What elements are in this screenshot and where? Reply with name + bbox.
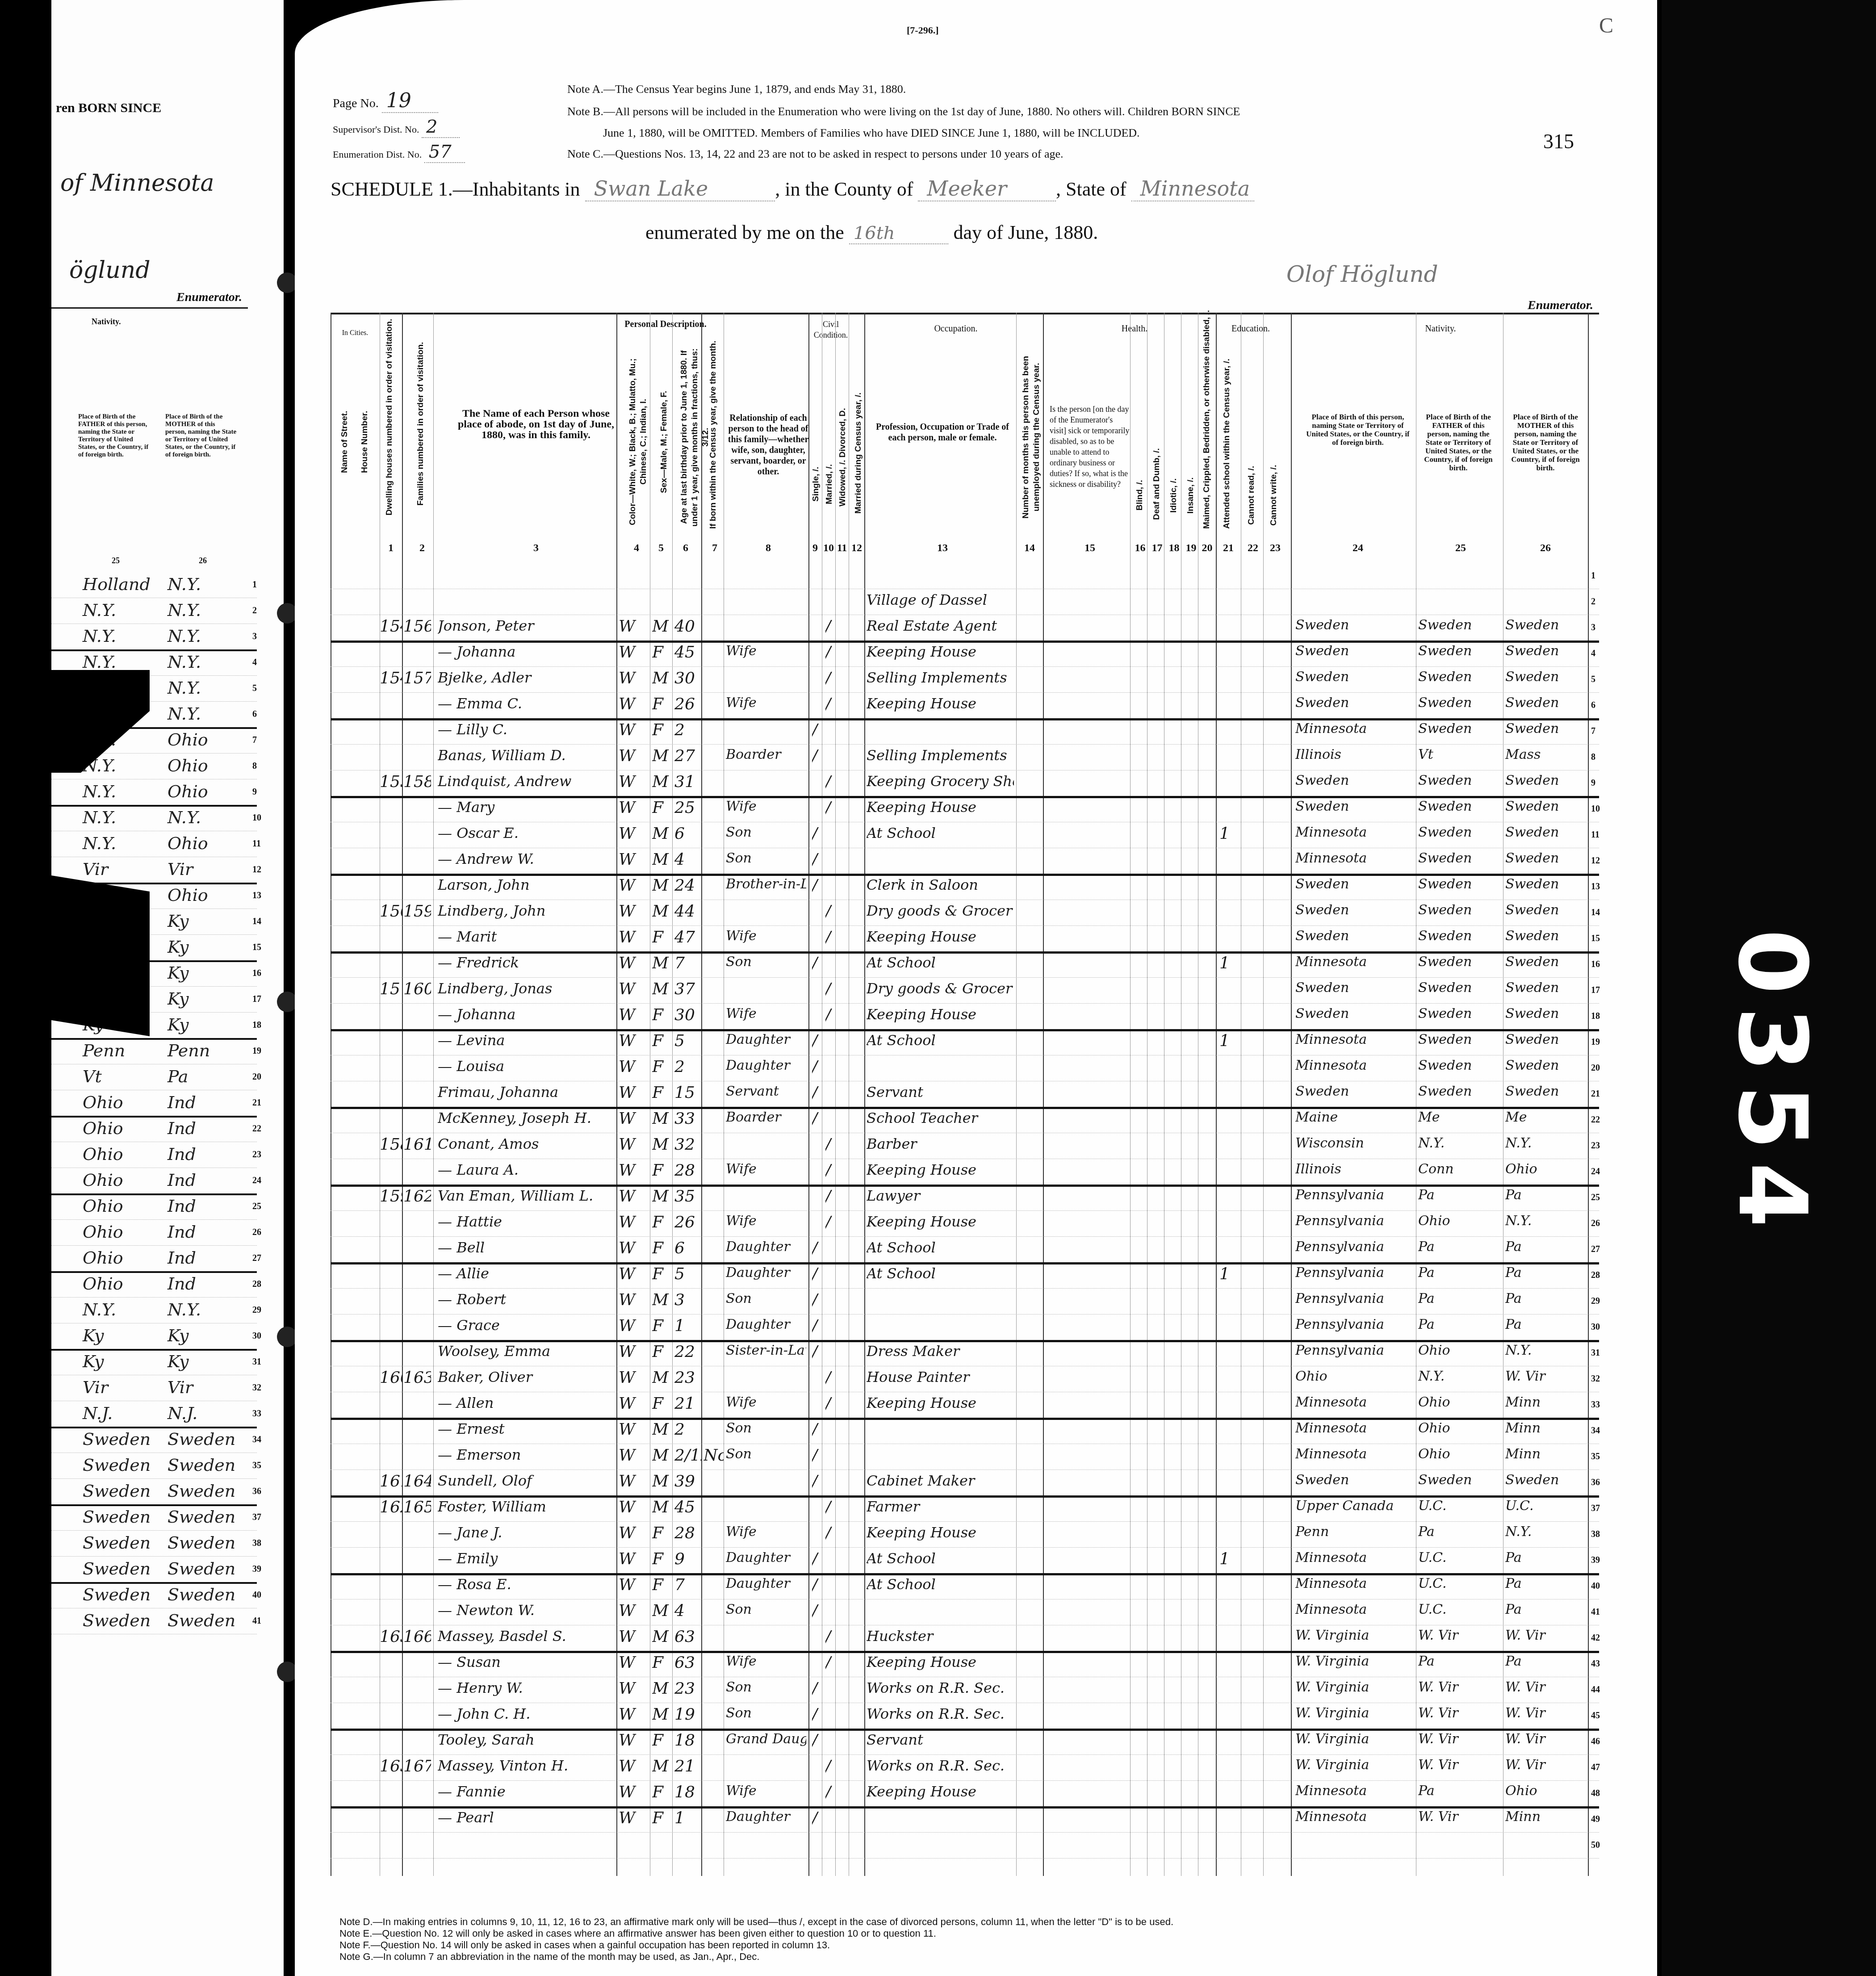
- birthplace: Sweden: [1295, 773, 1414, 795]
- father-birthplace: Pa: [1418, 1524, 1501, 1546]
- birth-month: [703, 1213, 724, 1235]
- mother-birthplace: N.Y.: [1505, 1135, 1588, 1158]
- color: W: [619, 954, 648, 976]
- header-personal: Personal Description.: [616, 319, 715, 330]
- occupation: Servant: [867, 1731, 1014, 1754]
- birthplace: Ohio: [1295, 1369, 1414, 1391]
- age: 39: [674, 1472, 701, 1495]
- mother-birthplace: Sweden: [1505, 643, 1588, 666]
- row-number: 6: [1591, 700, 1595, 711]
- single-mark: /: [812, 1731, 822, 1754]
- left-table-row: SwedenSweden34: [51, 1427, 257, 1453]
- father-birthplace: Pa: [1418, 1239, 1501, 1261]
- census-table: In Cities. Name of Street. House Number.…: [331, 313, 1599, 1885]
- relationship: [726, 669, 806, 691]
- birthplace: Pennsylvania: [1295, 1317, 1414, 1339]
- married-mark: /: [825, 902, 835, 925]
- father-birthplace: Conn: [1418, 1161, 1501, 1184]
- left-row-number: 30: [252, 1331, 261, 1341]
- attended-school: [1219, 1109, 1237, 1132]
- birthplace: Minnesota: [1295, 825, 1414, 847]
- table-row: 154156Jonson, PeterWM40Real Estate Agent…: [331, 615, 1599, 643]
- sex: F: [652, 1550, 672, 1572]
- left-father-birthplace: Ky: [83, 1326, 104, 1345]
- relationship: [726, 1187, 806, 1210]
- person-name: — Levina: [438, 1032, 616, 1054]
- person-name: — Oscar E.: [438, 825, 616, 847]
- birth-month: [703, 591, 724, 614]
- birth-month: [703, 1343, 724, 1365]
- relationship: Son: [726, 825, 806, 847]
- mother-birthplace: Sweden: [1505, 928, 1588, 950]
- table-row: — SusanWF63WifeKeeping HouseW. VirginiaP…: [331, 1651, 1599, 1677]
- birthplace: Minnesota: [1295, 1576, 1414, 1598]
- left-table-row: OhioInd26: [51, 1219, 257, 1246]
- left-table-row: OhioInd28: [51, 1271, 257, 1298]
- sex: F: [652, 1058, 672, 1080]
- row-number: 33: [1591, 1400, 1600, 1410]
- left-mother-birthplace: Ky: [167, 1352, 188, 1371]
- father-birthplace: Sweden: [1418, 980, 1501, 1002]
- married-mark: /: [825, 799, 835, 821]
- sex: M: [652, 1369, 672, 1391]
- family-number: [403, 825, 431, 847]
- left-state-text: of Minnesota: [60, 170, 214, 197]
- left-table-row: HollandN.Y.1: [51, 572, 257, 598]
- birth-month: [703, 1239, 724, 1261]
- single-mark: /: [812, 1550, 822, 1572]
- table-row: Banas, William D.WM27BoarderSelling Impl…: [331, 744, 1599, 770]
- color: W: [619, 1058, 648, 1080]
- attended-school: [1219, 617, 1237, 640]
- left-mother-birthplace: Sweden: [167, 1559, 235, 1578]
- father-birthplace: Sweden: [1418, 1006, 1501, 1028]
- birthplace: W. Virginia: [1295, 1705, 1414, 1728]
- birthplace: Sweden: [1295, 1084, 1414, 1106]
- birthplace: W. Virginia: [1295, 1654, 1414, 1676]
- left-row-number: 9: [252, 787, 257, 797]
- left-row-number: 6: [252, 709, 257, 720]
- person-name: — Lilly C.: [438, 721, 616, 743]
- left-father-birthplace: N.Y.: [83, 626, 116, 646]
- birthplace: Sweden: [1295, 1006, 1414, 1028]
- age: 7: [674, 1576, 701, 1598]
- header-civil: Civil Condition.: [808, 319, 853, 340]
- age: 47: [674, 928, 701, 950]
- color: W: [619, 1731, 648, 1754]
- mother-birthplace: Pa: [1505, 1239, 1588, 1261]
- dwelling-number: [380, 876, 402, 899]
- left-mother-birthplace: Ohio: [167, 756, 208, 775]
- header-col5: Sex—Male, M.; Female, F.: [659, 355, 670, 529]
- left-table-row: VirVir32: [51, 1375, 257, 1401]
- person-name: [438, 1835, 616, 1857]
- mother-birthplace: N.Y.: [1505, 1213, 1588, 1235]
- left-table-row: OhioInd23: [51, 1142, 257, 1168]
- row-number: 37: [1591, 1503, 1600, 1514]
- attended-school: [1219, 1420, 1237, 1443]
- attended-school: [1219, 721, 1237, 743]
- left-row-number: 20: [252, 1072, 261, 1082]
- relationship: [726, 902, 806, 925]
- occupation: [867, 565, 1014, 588]
- father-birthplace: W. Vir: [1418, 1809, 1501, 1831]
- left-table-row: N.Y.N.Y.29: [51, 1297, 257, 1323]
- age: 1: [674, 1317, 701, 1339]
- sex: M: [652, 1679, 672, 1702]
- age: 32: [674, 1135, 701, 1158]
- left-table-row: N.J.N.J.33: [51, 1401, 257, 1428]
- birth-month: [703, 850, 724, 873]
- person-name: Baker, Oliver: [438, 1369, 616, 1391]
- relationship: Wife: [726, 1524, 806, 1546]
- birth-month: [703, 695, 724, 717]
- family-number: [403, 1679, 431, 1702]
- table-row: Larson, JohnWM24Brother-in-LawClerk in S…: [331, 874, 1599, 900]
- left-father-birthplace: Vir: [83, 859, 108, 879]
- birthplace: Penn: [1295, 1524, 1414, 1546]
- mother-birthplace: W. Vir: [1505, 1628, 1588, 1650]
- father-birthplace: Sweden: [1418, 1058, 1501, 1080]
- table-row: 163167Massey, Vinton H.WM21Works on R.R.…: [331, 1754, 1599, 1781]
- row-number: 46: [1591, 1737, 1600, 1747]
- page-no-row: Page No. 19: [333, 89, 520, 112]
- family-number: [403, 1032, 431, 1054]
- left-table-row: PennPenn19: [51, 1038, 257, 1064]
- age: 44: [674, 902, 701, 925]
- single-mark: /: [812, 747, 822, 769]
- mother-birthplace: Sweden: [1505, 902, 1588, 925]
- birth-month: [703, 1576, 724, 1598]
- colnum-4: 4: [628, 542, 645, 554]
- left-father-birthplace: N.J.: [83, 1403, 113, 1423]
- dwelling-number: [380, 1679, 402, 1702]
- father-birthplace: [1418, 1835, 1501, 1857]
- left-mother-birthplace: Ky: [167, 937, 188, 957]
- relationship: Son: [726, 1705, 806, 1728]
- married-mark: /: [825, 1757, 835, 1779]
- left-father-birthplace: Ohio: [83, 1274, 123, 1294]
- left-mother-birthplace: Ky: [167, 963, 188, 983]
- color: W: [619, 747, 648, 769]
- dwelling-number: 163: [380, 1757, 402, 1779]
- row-number: 3: [1591, 623, 1595, 633]
- left-father-birthplace: N.Y.: [83, 808, 116, 827]
- row-number: 40: [1591, 1581, 1600, 1591]
- attended-school: [1219, 1835, 1237, 1857]
- mother-birthplace: Minn: [1505, 1809, 1588, 1831]
- table-row: — JohannaWF30WifeKeeping HouseSwedenSwed…: [331, 1003, 1599, 1031]
- dwelling-number: 155: [380, 773, 402, 795]
- left-mother-birthplace: Ind: [167, 1222, 196, 1242]
- table-row: — EmilyWF9DaughterAt School1MinnesotaU.C…: [331, 1547, 1599, 1575]
- father-birthplace: Sweden: [1418, 928, 1501, 950]
- family-number: [403, 1809, 431, 1831]
- age: 5: [674, 1032, 701, 1054]
- color: [619, 565, 648, 588]
- left-row-number: 8: [252, 761, 257, 771]
- relationship: [726, 721, 806, 743]
- colnum-25: 25: [1452, 542, 1470, 554]
- dwelling-number: 159: [380, 1187, 402, 1210]
- occupation: Keeping House: [867, 1524, 1014, 1546]
- married-mark: /: [825, 1369, 835, 1391]
- left-table-row: OhioInd22: [51, 1116, 257, 1142]
- family-number: [403, 1654, 431, 1676]
- mother-birthplace: Ohio: [1505, 1161, 1588, 1184]
- attended-school: [1219, 1213, 1237, 1235]
- occupation: At School: [867, 1576, 1014, 1598]
- family-number: [403, 954, 431, 976]
- mother-birthplace: Pa: [1505, 1317, 1588, 1339]
- person-name: Van Eman, William L.: [438, 1187, 616, 1210]
- birth-month: [703, 643, 724, 666]
- occupation: Keeping House: [867, 1161, 1014, 1184]
- sex: F: [652, 1084, 672, 1106]
- mother-birthplace: Pa: [1505, 1602, 1588, 1624]
- age: 4: [674, 850, 701, 873]
- family-number: [403, 1058, 431, 1080]
- left-father-birthplace: Sweden: [83, 1611, 151, 1630]
- attended-school: [1219, 565, 1237, 588]
- left-row-number: 25: [252, 1202, 261, 1212]
- family-number: [403, 1576, 431, 1598]
- relationship: Son: [726, 954, 806, 976]
- sex: M: [652, 980, 672, 1002]
- married-mark: /: [825, 1135, 835, 1158]
- left-row-number: 41: [252, 1616, 261, 1626]
- birthplace: Minnesota: [1295, 721, 1414, 743]
- header-street: Name of Street.: [339, 368, 350, 515]
- person-name: Sundell, Olof: [438, 1472, 616, 1495]
- family-number: [403, 1161, 431, 1184]
- birthplace: Pennsylvania: [1295, 1291, 1414, 1313]
- single-mark: /: [812, 1576, 822, 1598]
- age: 63: [674, 1628, 701, 1650]
- table-row: — ErnestWM2SonMinnesotaOhioMinn/34: [331, 1418, 1599, 1444]
- attended-school: [1219, 1239, 1237, 1261]
- color: W: [619, 1498, 648, 1520]
- age: 7: [674, 954, 701, 976]
- mother-birthplace: Sweden: [1505, 669, 1588, 691]
- color: W: [619, 1446, 648, 1469]
- age: [674, 565, 701, 588]
- mother-birthplace: W. Vir: [1505, 1757, 1588, 1779]
- left-table-row: VirVir12: [51, 857, 257, 884]
- father-birthplace: Sweden: [1418, 773, 1501, 795]
- color: W: [619, 1239, 648, 1261]
- enumeration-label: Enumeration Dist. No.: [333, 149, 422, 160]
- father-birthplace: U.C.: [1418, 1602, 1501, 1624]
- color: W: [619, 1369, 648, 1391]
- age: 45: [674, 1498, 701, 1520]
- header-col21: Attended school within the Census year, …: [1222, 368, 1232, 529]
- occupation: [867, 1058, 1014, 1080]
- colnum-5: 5: [652, 542, 670, 554]
- dwelling-number: [380, 1809, 402, 1831]
- left-row-number: 19: [252, 1046, 261, 1056]
- colnum-13: 13: [934, 542, 951, 554]
- family-number: [403, 1550, 431, 1572]
- mother-birthplace: Pa: [1505, 1265, 1588, 1287]
- age: 24: [674, 876, 701, 899]
- left-father-birthplace: Ohio: [83, 1170, 123, 1190]
- left-row-number: 37: [252, 1512, 261, 1523]
- note-f: Note F.—Question No. 14 will only be ask…: [339, 1939, 1635, 1951]
- table-row: 1: [331, 563, 1599, 589]
- left-table-row: N.Y.Ohio11: [51, 831, 257, 857]
- attended-school: [1219, 669, 1237, 691]
- frame-number: 0354: [1693, 929, 1827, 1304]
- attended-school: 1: [1219, 825, 1237, 847]
- color: W: [619, 1343, 648, 1365]
- left-nativity-label: Nativity.: [92, 317, 121, 327]
- father-birthplace: Sweden: [1418, 721, 1501, 743]
- header-education: Education.: [1217, 323, 1284, 334]
- birth-month: [703, 825, 724, 847]
- occupation: Dry goods & Grocer Retail: [867, 902, 1014, 925]
- row-number: 12: [1591, 856, 1600, 866]
- dwelling-number: [380, 1731, 402, 1754]
- relationship: Wife: [726, 1213, 806, 1235]
- mother-birthplace: Sweden: [1505, 825, 1588, 847]
- left-row-number: 18: [252, 1020, 261, 1030]
- person-name: — Emerson: [438, 1446, 616, 1469]
- table-header: In Cities. Name of Street. House Number.…: [331, 313, 1599, 565]
- person-name: — Allen: [438, 1394, 616, 1417]
- left-row-number: 13: [252, 891, 261, 901]
- single-mark: /: [812, 1343, 822, 1365]
- county-value: Meeker: [918, 176, 1056, 201]
- row-number: 10: [1591, 804, 1600, 814]
- family-number: [403, 1265, 431, 1287]
- mother-birthplace: Ohio: [1505, 1783, 1588, 1805]
- colnum-11: 11: [835, 542, 849, 554]
- family-number: [403, 1084, 431, 1106]
- mother-birthplace: [1505, 565, 1588, 588]
- color: W: [619, 799, 648, 821]
- left-father-birthplace: Sweden: [83, 1533, 151, 1553]
- birth-month: [703, 1550, 724, 1572]
- birth-month: [703, 721, 724, 743]
- left-table-row: OhioInd21: [51, 1090, 257, 1118]
- birthplace: Minnesota: [1295, 1446, 1414, 1469]
- header-col20: Maimed, Crippled, Bedridden, or otherwis…: [1202, 346, 1212, 529]
- left-mother-birthplace: Pa: [167, 1067, 188, 1086]
- dwelling-number: [380, 1705, 402, 1728]
- relationship: Son: [726, 1420, 806, 1443]
- father-birthplace: W. Vir: [1418, 1757, 1501, 1779]
- birthplace: Minnesota: [1295, 1032, 1414, 1054]
- age: [674, 591, 701, 614]
- age: 63: [674, 1654, 701, 1676]
- relationship: Wife: [726, 799, 806, 821]
- birth-month: [703, 1705, 724, 1728]
- birth-month: [703, 617, 724, 640]
- table-row: — JohannaWF45WifeKeeping HouseSwedenSwed…: [331, 641, 1599, 667]
- age: 2/12: [674, 1446, 701, 1469]
- header-house-number: House Number.: [360, 368, 370, 515]
- table-row: — AllieWF5DaughterAt School1Pennsylvania…: [331, 1262, 1599, 1289]
- left-row-number: 7: [252, 735, 257, 745]
- person-name: Jonson, Peter: [438, 617, 616, 640]
- table-row: McKenney, Joseph H.WM33BoarderSchool Tea…: [331, 1107, 1599, 1133]
- married-mark: /: [825, 1213, 835, 1235]
- stamp-number: 315: [1543, 130, 1574, 153]
- sex: F: [652, 1524, 672, 1546]
- attended-school: 1: [1219, 954, 1237, 976]
- birth-month: [703, 1783, 724, 1805]
- colnum-2: 2: [413, 542, 431, 554]
- birthplace: Sweden: [1295, 643, 1414, 666]
- occupation: Keeping House: [867, 928, 1014, 950]
- person-name: — Johanna: [438, 643, 616, 666]
- left-col26-header: Place of Birth of the MOTHER of this per…: [165, 413, 237, 459]
- occupation: Clerk in Saloon: [867, 876, 1014, 899]
- birthplace: Pennsylvania: [1295, 1239, 1414, 1261]
- father-birthplace: N.Y.: [1418, 1135, 1501, 1158]
- birth-month: [703, 1524, 724, 1546]
- header-col24: Place of Birth of this person, naming St…: [1304, 413, 1411, 447]
- table-row: Village of Dassel2: [331, 589, 1599, 615]
- occupation: [867, 1317, 1014, 1339]
- header-col6: Age at last birthday prior to June 1, 18…: [679, 346, 697, 529]
- birth-month: [703, 669, 724, 691]
- sex: M: [652, 1498, 672, 1520]
- sex: F: [652, 1161, 672, 1184]
- father-birthplace: [1418, 591, 1501, 614]
- colnum-12: 12: [850, 542, 863, 554]
- left-row-number: 40: [252, 1590, 261, 1600]
- married-mark: /: [825, 643, 835, 666]
- left-mother-birthplace: Ind: [167, 1248, 196, 1268]
- age: 21: [674, 1394, 701, 1417]
- attended-school: [1219, 1576, 1237, 1598]
- attended-school: [1219, 1602, 1237, 1624]
- row-number: 32: [1591, 1374, 1600, 1384]
- left-table-row: VtPa20: [51, 1064, 257, 1090]
- occupation: At School: [867, 1239, 1014, 1261]
- table-row: — FredrickWM7SonAt School1MinnesotaSwede…: [331, 951, 1599, 978]
- color: W: [619, 643, 648, 666]
- left-father-birthplace: N.Y.: [83, 652, 116, 672]
- left-row-number: 32: [252, 1383, 261, 1393]
- birthplace: [1295, 565, 1414, 588]
- enumerator-signature: Olof Höglund: [1286, 261, 1438, 287]
- attended-school: [1219, 876, 1237, 899]
- occupation: Dry goods & Grocer Retail: [867, 980, 1014, 1002]
- left-father-birthplace: N.Y.: [83, 1300, 116, 1319]
- attended-school: 1: [1219, 1265, 1237, 1287]
- row-number: 36: [1591, 1478, 1600, 1488]
- family-number: [403, 721, 431, 743]
- single-mark: /: [812, 1705, 822, 1728]
- birthplace: [1295, 1835, 1414, 1857]
- left-father-birthplace: Ky: [83, 1352, 104, 1371]
- sex: M: [652, 1757, 672, 1779]
- attended-school: [1219, 695, 1237, 717]
- colnum-9: 9: [808, 542, 822, 554]
- mother-birthplace: Mass: [1505, 747, 1588, 769]
- married-mark: [825, 591, 835, 614]
- relationship: [726, 565, 806, 588]
- header-occupation: Occupation.: [867, 323, 1045, 334]
- birth-month: [703, 928, 724, 950]
- person-name: Lindberg, Jonas: [438, 980, 616, 1002]
- color: W: [619, 1783, 648, 1805]
- dwelling-number: 163: [380, 1628, 402, 1650]
- age: 31: [674, 773, 701, 795]
